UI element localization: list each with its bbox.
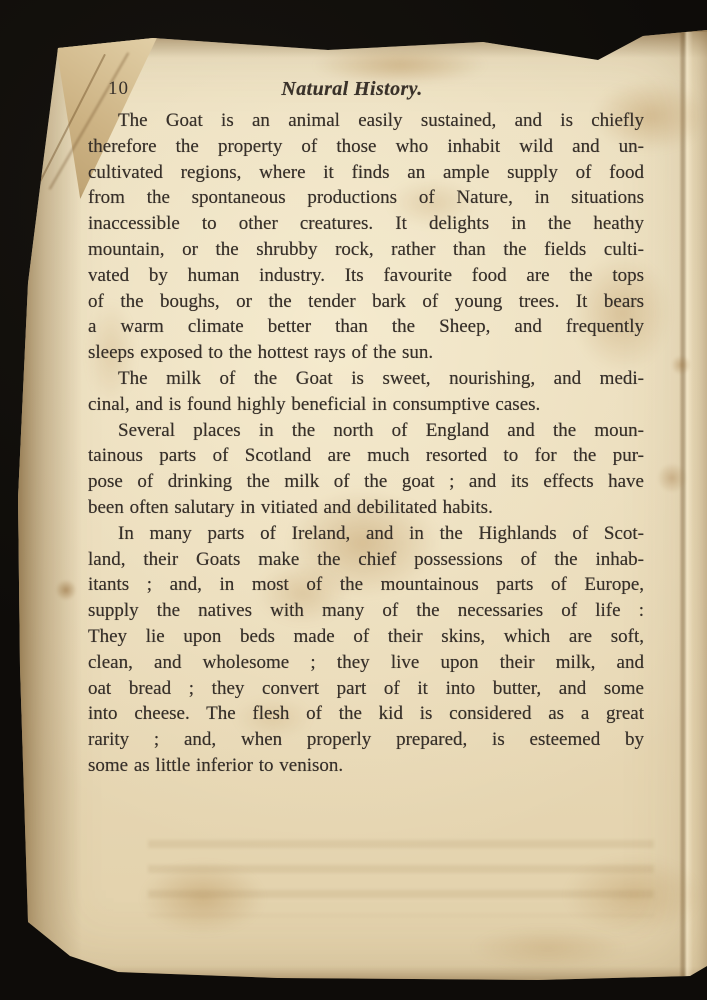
paragraph-4: In many parts of Ireland, and in the Hig… <box>88 521 644 779</box>
text-line: rarity ; and, when properly prepared, is… <box>88 727 644 753</box>
paragraph-1: The Goat is an animal easily sustained, … <box>88 108 644 366</box>
text-line: been often salutary in vitiated and debi… <box>88 495 644 521</box>
text-line: The Goat is an animal easily sustained, … <box>88 108 644 134</box>
paragraph-3: Several places in the north of England a… <box>88 418 644 521</box>
text-line: some as little inferior to venison. <box>88 753 644 779</box>
text-line: inaccessible to other creatures. It deli… <box>88 211 644 237</box>
text-line: a warm climate better than the Sheep, an… <box>88 314 644 340</box>
text-line: In many parts of Ireland, and in the Hig… <box>88 521 644 547</box>
text-line: Several places in the north of England a… <box>88 418 644 444</box>
text-line: oat bread ; they convert part of it into… <box>88 676 644 702</box>
text-line: vated by human industry. Its favourite f… <box>88 263 644 289</box>
text-line: therefore the property of those who inha… <box>88 134 644 160</box>
text-line: cultivated regions, where it finds an am… <box>88 160 644 186</box>
text-line: of the boughs, or the tender bark of you… <box>88 289 644 315</box>
text-line: from the spontaneous productions of Natu… <box>88 185 644 211</box>
text-line: mountain, or the shrubby rock, rather th… <box>88 237 644 263</box>
text-line: sleeps exposed to the hottest rays of th… <box>88 340 644 366</box>
text-line: into cheese. The flesh of the kid is con… <box>88 701 644 727</box>
text-line: supply the natives with many of the nece… <box>88 598 644 624</box>
page-header: 10 Natural History. <box>88 78 644 104</box>
text-line: The milk of the Goat is sweet, nourishin… <box>88 366 644 392</box>
page-right-crease <box>679 32 707 982</box>
text-line: clean, and wholesome ; they live upon th… <box>88 650 644 676</box>
text-line: itants ; and, in most of the mountainous… <box>88 572 644 598</box>
paragraph-2: The milk of the Goat is sweet, nourishin… <box>88 366 644 418</box>
running-title: Natural History. <box>74 78 630 101</box>
text-line: cinal, and is found highly beneficial in… <box>88 392 644 418</box>
text-line: land, their Goats make the chief possess… <box>88 547 644 573</box>
body-text: The Goat is an animal easily sustained, … <box>88 108 644 779</box>
text-line: tainous parts of Scotland are much resor… <box>88 443 644 469</box>
reverse-page-showthrough <box>148 840 654 916</box>
text-line: pose of drinking the milk of the goat ; … <box>88 469 644 495</box>
book-page: 10 Natural History. The Goat is an anima… <box>18 28 707 986</box>
text-line: They lie upon beds made of their skins, … <box>88 624 644 650</box>
